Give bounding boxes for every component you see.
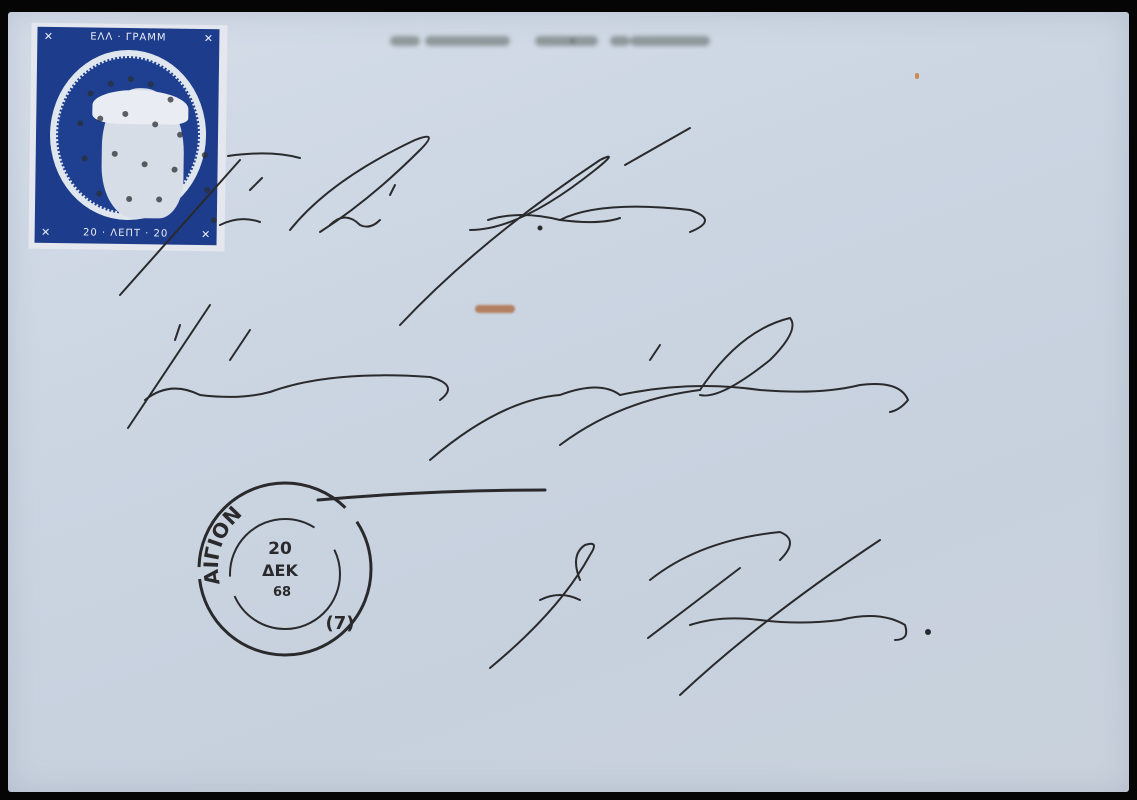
- handwritten-address: [0, 0, 1137, 800]
